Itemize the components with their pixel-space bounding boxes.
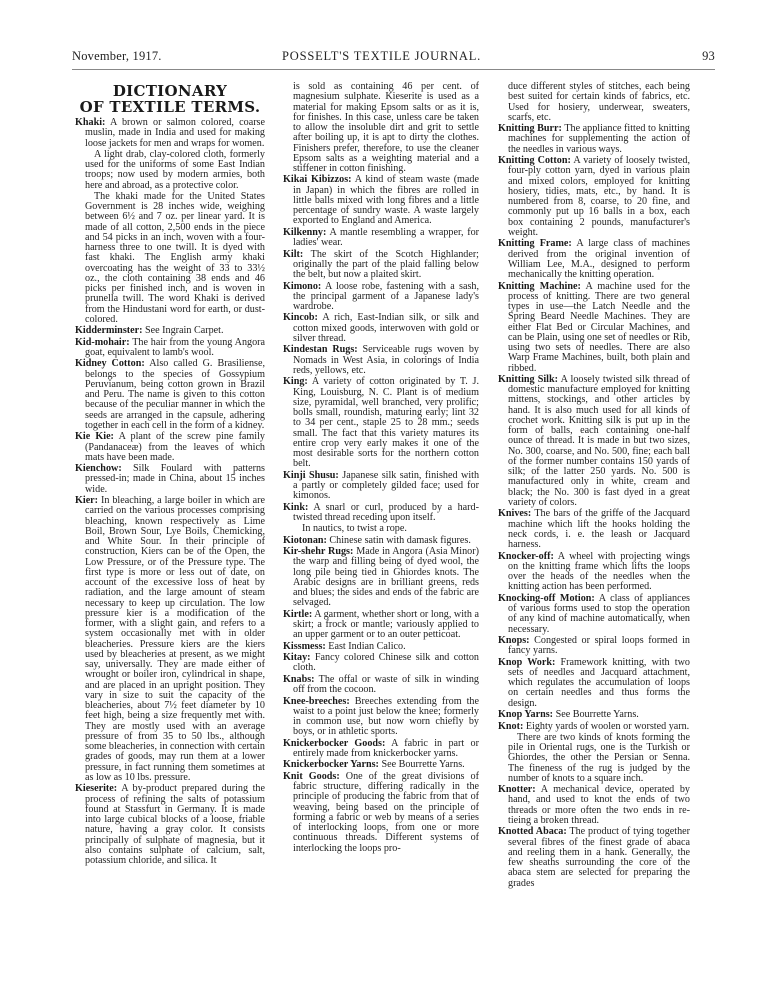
entry-knops: Knops: Congested or spiral loops formed …	[498, 636, 690, 657]
entry-knitting-silk: Knitting Silk: A loosely twisted silk th…	[498, 375, 690, 508]
entry-kinji-shusu: Kinji Shusu: Japanese silk satin, finish…	[283, 471, 479, 502]
entry-knickerbocker-yarns: Knickerbocker Yarns: See Bourrette Yarns…	[283, 760, 479, 770]
entry-knop-work: Knop Work: Framework knitting, with two …	[498, 658, 690, 709]
entry-khaki-paragraph-3: The khaki made for the United States Gov…	[75, 192, 265, 325]
entry-text: The bars of the griffe of the Jacquard m…	[508, 508, 690, 550]
entry-knocking-off-motion: Knocking-off Motion: A class of applianc…	[498, 594, 690, 635]
entry-text: Congested or spiral loops formed in fanc…	[508, 635, 690, 656]
entry-king: King: A variety of cotton originated by …	[283, 377, 479, 469]
entry-kink: Kink: A snarl or curl, produced by a har…	[283, 503, 479, 524]
entry-kindestan-rugs: Kindestan Rugs: Serviceable rugs woven b…	[283, 345, 479, 376]
entry-kissmess: Kissmess: East Indian Calico.	[283, 642, 479, 652]
page-header: November, 1917. POSSELT'S TEXTILE JOURNA…	[72, 49, 715, 67]
entry-text: Eighty yards of woolen or worsted yarn.	[523, 721, 689, 732]
column-3: duce different styles of stitches, each …	[498, 82, 690, 890]
entry-text: The skirt of the Scotch Highlander; orig…	[293, 249, 479, 281]
entry-knocker-off: Knocker-off: A wheel with projecting win…	[498, 552, 690, 593]
entry-knit-goods: Knit Goods: One of the great divisions o…	[283, 772, 479, 854]
entry-knitting-burr: Knitting Burr: The appliance fitted to k…	[498, 124, 690, 155]
entry-kilt: Kilt: The skirt of the Scotch Highlander…	[283, 250, 479, 281]
entry-kier: Kier: In bleaching, a large boiler in wh…	[75, 496, 265, 783]
entry-text: A variety of cotton originated by T. J. …	[293, 376, 479, 469]
entry-term: Knot:	[498, 721, 523, 732]
entry-knitting-machine: Knitting Machine: A machine used for the…	[498, 282, 690, 374]
entry-text: A machine used for the process of knitti…	[508, 281, 690, 374]
entry-text: The offal or waste of silk in winding of…	[293, 674, 479, 695]
entry-text: Made in Angora (Asia Minor) the warp and…	[293, 546, 479, 608]
entry-knotted-abaca: Knotted Abaca: The product of tying toge…	[498, 827, 690, 889]
entry-text: A by-product prepared during the process…	[85, 783, 265, 866]
entry-knickerbocker-goods: Knickerbocker Goods: A fabric in part or…	[283, 739, 479, 760]
entry-kirtle: Kirtle: A garment, whether short or long…	[283, 610, 479, 641]
entry-kidderminster: Kidderminster: See Ingrain Carpet.	[75, 326, 265, 336]
entry-kienchow: Kienchow: Silk Foulard with patterns pre…	[75, 464, 265, 495]
entry-text: See Bourrette Yarns.	[553, 709, 639, 720]
entry-text: The product of tying together several fi…	[508, 826, 690, 888]
entry-kieserite-continued: is sold as containing 46 per cent. of ma…	[283, 82, 479, 174]
entry-knot: Knot: Eighty yards of woolen or worsted …	[498, 722, 690, 732]
entry-text: A brown or salmon colored, coarse muslin…	[85, 117, 265, 149]
entry-khaki: Khaki: A brown or salmon colored, coarse…	[75, 118, 265, 149]
entry-text: Chinese satin with damask figures.	[327, 535, 471, 546]
entry-text: A snarl or curl, produced by a hard-twis…	[293, 502, 479, 523]
entry-knop-yarns: Knop Yarns: See Bourrette Yarns.	[498, 710, 690, 720]
entry-knitting-cotton: Knitting Cotton: A variety of loosely tw…	[498, 156, 690, 238]
entry-kikai-kibizzos: Kikai Kibizzos: A kind of steam waste (m…	[283, 175, 479, 226]
entry-knitting-frame: Knitting Frame: A large class of machine…	[498, 239, 690, 280]
article-title: DICTIONARY OF TEXTILE TERMS.	[75, 84, 265, 115]
entry-text: See Bourrette Yarns.	[379, 759, 465, 770]
entry-kimono: Kimono: A loose robe, fastening with a s…	[283, 282, 479, 313]
entry-kieserite: Kieserite: A by-product prepared during …	[75, 784, 265, 866]
entry-kidney-cotton: Kidney Cotton: Also called G. Brasiliens…	[75, 359, 265, 431]
column-1: DICTIONARY OF TEXTILE TERMS. Khaki: A br…	[75, 82, 265, 868]
entry-kink-paragraph-2: In nautics, to twist a rope.	[283, 524, 479, 534]
entry-term: Kidderminster:	[75, 325, 143, 336]
entry-text: Also called G. Brasiliense, belongs to t…	[85, 358, 265, 431]
page-number: 93	[702, 49, 715, 64]
entry-text: Fancy colored Chinese silk and cotton cl…	[293, 652, 479, 673]
entry-text: A variety of loosely twisted, four-ply c…	[508, 155, 690, 238]
entry-knee-breeches: Knee-breeches: Breeches extending from t…	[283, 697, 479, 738]
entry-text: A rich, East-Indian silk, or silk and co…	[293, 312, 479, 344]
entry-term: Kissmess:	[283, 641, 326, 652]
entry-knit-goods-continued: duce different styles of stitches, each …	[498, 82, 690, 123]
entry-text: In bleaching, a large boiler in which ar…	[85, 495, 265, 783]
entry-kie-kie: Kie Kie: A plant of the screw pine famil…	[75, 432, 265, 463]
article-title-line-2: OF TEXTILE TERMS.	[75, 100, 265, 116]
entry-kiotonan: Kiotonan: Chinese satin with damask figu…	[283, 536, 479, 546]
entry-kincob: Kincob: A rich, East-Indian silk, or sil…	[283, 313, 479, 344]
entry-knotter: Knotter: A mechanical device, operated b…	[498, 785, 690, 826]
entry-term: Knop Yarns:	[498, 709, 553, 720]
entry-text: One of the great divisions of fabric str…	[293, 771, 479, 854]
entry-text: A loosely twisted silk thread of domesti…	[508, 374, 690, 508]
entry-term: Knickerbocker Yarns:	[283, 759, 379, 770]
entry-knabs: Knabs: The offal or waste of silk in win…	[283, 675, 479, 696]
entry-kir-shehr-rugs: Kir-shehr Rugs: Made in Angora (Asia Min…	[283, 547, 479, 609]
issue-date: November, 1917.	[72, 49, 162, 64]
entry-knot-paragraph-2: There are two kinds of knots forming the…	[498, 733, 690, 784]
entry-text: East Indian Calico.	[326, 641, 406, 652]
entry-text: A mechanical device, operated by hand, a…	[508, 784, 690, 826]
entry-text: A loose robe, fastening with a sash, the…	[293, 281, 479, 313]
entry-kid-mohair: Kid-mohair: The hair from the young Ango…	[75, 338, 265, 359]
entry-text: A garment, whether short or long, with a…	[293, 609, 479, 641]
header-rule	[72, 69, 715, 70]
entry-knives: Knives: The bars of the griffe of the Ja…	[498, 509, 690, 550]
journal-title: POSSELT'S TEXTILE JOURNAL.	[282, 49, 481, 64]
column-2: is sold as containing 46 per cent. of ma…	[283, 82, 479, 855]
entry-term: Kiotonan:	[283, 535, 327, 546]
entry-text: See Ingrain Carpet.	[143, 325, 224, 336]
entry-khaki-paragraph-2: A light drab, clay-colored cloth, former…	[75, 150, 265, 191]
entry-kilkenny: Kilkenny: A mantle resembling a wrapper,…	[283, 228, 479, 249]
entry-kitay: Kitay: Fancy colored Chinese silk and co…	[283, 653, 479, 674]
